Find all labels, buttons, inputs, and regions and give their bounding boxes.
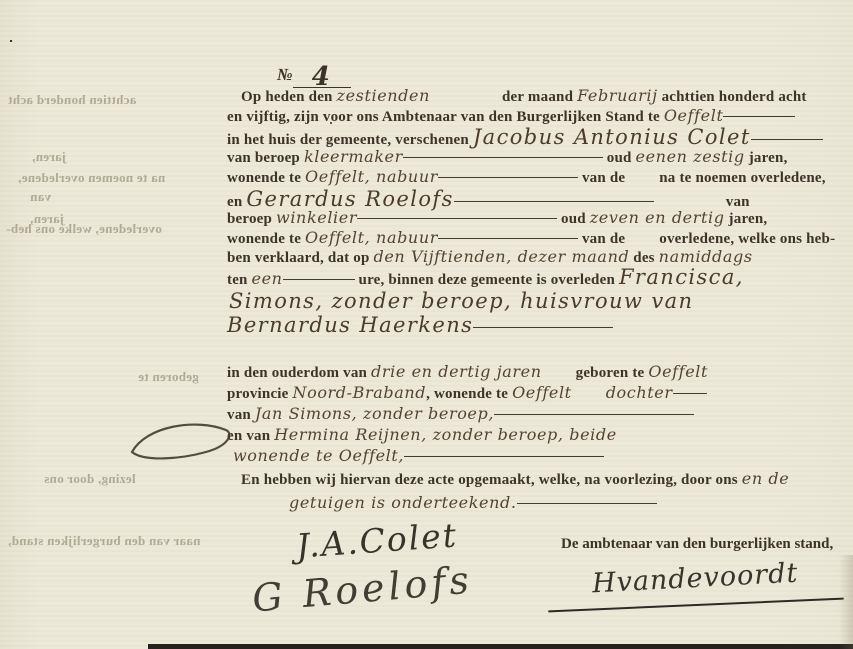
- signature-flourish-line: [548, 598, 844, 613]
- handwritten-text: Hermina Reijnen, zonder beroep, beide: [274, 425, 617, 444]
- ruled-blank: [673, 393, 707, 394]
- ruled-blank: [473, 327, 613, 328]
- handwritten-text: Jan Simons, zonder beroep,: [255, 404, 494, 423]
- printed-text: achttien honderd acht: [658, 89, 807, 105]
- handwritten-text: zeven en dertig: [590, 208, 725, 227]
- doc-line: provincie Noord-Braband, wonende te Oeff…: [227, 383, 707, 404]
- printed-text: ten: [227, 272, 252, 288]
- handwritten-text: dochter: [606, 383, 673, 402]
- handwritten-text: Jacobus Antonius Colet: [473, 125, 751, 149]
- handwritten-text: wonende te Oeffelt,: [233, 446, 404, 465]
- bleedthrough-text: van: [30, 189, 51, 205]
- doc-line: getuigen is onderteekend.: [227, 493, 657, 514]
- printed-text: oud: [557, 211, 590, 227]
- bleedthrough-text: naar van den burgerlijken stand,: [8, 533, 200, 549]
- printed-text: wonende te: [227, 170, 305, 186]
- scan-edge-bar: [148, 644, 853, 649]
- ruled-blank: [517, 503, 657, 504]
- printed-text: van beroep: [227, 150, 304, 166]
- handwritten-text: namiddags: [659, 247, 753, 266]
- ruled-blank: [357, 218, 557, 219]
- act-number-label: №: [277, 65, 293, 84]
- printed-text: der maand: [502, 89, 577, 105]
- ruled-blank: [438, 238, 578, 239]
- act-number: №4: [277, 57, 351, 88]
- handwritten-text: drie en dertig jaren: [371, 362, 542, 381]
- doc-line: en van Hermina Reijnen, zonder beroep, b…: [227, 425, 617, 446]
- doc-line: in den ouderdom van drie en dertig jaren…: [227, 362, 708, 383]
- handwritten-text: Februarij: [577, 86, 658, 105]
- ruled-blank: [494, 414, 694, 415]
- doc-line: van Jan Simons, zonder beroep,: [227, 404, 694, 425]
- printed-text: en vijftig, zijn voor ons Ambtenaar van …: [227, 109, 664, 125]
- handwritten-text: eenen zestig: [636, 147, 745, 166]
- doc-line: wonende te Oeffelt, nabuur van deoverled…: [227, 228, 835, 249]
- bleedthrough-text: geboren te: [138, 369, 199, 385]
- handwritten-text: Oeffelt, nabuur: [305, 167, 438, 186]
- doc-line: En hebben wij hiervan deze acte opgemaak…: [227, 469, 789, 490]
- doc-line: en vijftig, zijn voor ons Ambtenaar van …: [227, 106, 853, 127]
- handwritten-text: Oeffelt: [512, 383, 572, 402]
- printed-text: overledene, welke ons heb-: [659, 231, 835, 247]
- bleedthrough-text: na te noemen overledene,: [18, 170, 165, 186]
- handwritten-text: Oeffelt, nabuur: [305, 228, 438, 247]
- printed-text: provincie: [227, 386, 292, 402]
- printed-text: ben verklaard, dat op: [227, 250, 374, 266]
- ruled-blank: [454, 201, 654, 202]
- printed-text: na te noemen overledene,: [659, 170, 825, 186]
- act-number-blank: 4: [293, 57, 351, 88]
- ruled-blank: [751, 139, 823, 140]
- scanned-paper: achttien honderd achtjaren,na te noemen …: [0, 0, 853, 649]
- bleedthrough-text: achttien honderd acht: [8, 92, 136, 108]
- bleedthrough-text: overledene, welke ons heb-: [6, 221, 162, 237]
- doc-line: Op heden den zestiendender maand Februar…: [227, 86, 807, 107]
- doc-line: Bernardus Haerkens: [227, 313, 613, 338]
- signature-witness-roelofs: G Roelofs: [251, 557, 475, 620]
- printed-text: En hebben wij hiervan deze acte opgemaak…: [241, 472, 742, 488]
- printed-text: jaren,: [725, 211, 768, 227]
- ruled-blank: [438, 177, 578, 178]
- printed-text: wonende te: [227, 231, 305, 247]
- doc-line: beroep winkelier oud zeven en dertig jar…: [227, 208, 767, 229]
- printed-text: geboren te: [576, 365, 649, 381]
- printed-text: van de: [578, 170, 625, 186]
- handwritten-text: een: [252, 269, 283, 288]
- officer-title: De ambtenaar van den burgerlijken stand,: [561, 536, 833, 553]
- handwritten-text: Francisca,: [619, 265, 744, 289]
- bleedthrough-text: jaren,: [32, 149, 66, 165]
- bleedthrough-text: lezing, door ons: [44, 471, 136, 487]
- printed-text: in den ouderdom van: [227, 365, 371, 381]
- doc-line: ten een ure, binnen deze gemeente is ove…: [227, 265, 744, 290]
- ink-flourish: [126, 416, 238, 468]
- ruled-blank: [723, 116, 795, 117]
- printed-text: Op heden den: [241, 89, 337, 105]
- handwritten-text: getuigen is onderteekend.: [289, 493, 517, 512]
- printed-text: jaren,: [745, 150, 788, 166]
- handwritten-text: Bernardus Haerkens: [227, 313, 473, 337]
- printed-text: , wonende te: [426, 386, 512, 402]
- printed-text: in het huis der gemeente, verschenen: [227, 132, 473, 148]
- handwritten-text: en de: [742, 469, 790, 488]
- handwritten-text: zestienden: [337, 86, 430, 105]
- ruled-blank: [283, 279, 355, 280]
- handwritten-text: Oeffelt: [664, 106, 724, 125]
- ruled-blank: [404, 456, 604, 457]
- handwritten-text: Simons, zonder beroep, huisvrouw van: [229, 289, 693, 313]
- printed-text: ure, binnen deze gemeente is overleden: [355, 272, 619, 288]
- handwritten-text: winkelier: [276, 208, 357, 227]
- ruled-blank: [403, 157, 603, 158]
- handwritten-text: kleermaker: [304, 147, 403, 166]
- handwritten-text: Noord-Braband: [292, 383, 426, 402]
- printed-text: van de: [578, 231, 625, 247]
- doc-line: wonende te Oeffelt, nabuur van dena te n…: [227, 167, 826, 188]
- signature-witness-colet: J.A.Colet: [295, 515, 459, 565]
- printed-text: oud: [603, 150, 636, 166]
- doc-line: van beroep kleermaker oud eenen zestig j…: [227, 147, 788, 168]
- handwritten-text: Oeffelt: [648, 362, 708, 381]
- paper-fold-edge: [839, 555, 853, 649]
- doc-line: Simons, zonder beroep, huisvrouw van: [227, 289, 693, 314]
- signature-officer: Hvandevoordt: [591, 558, 799, 600]
- scan-specks: [10, 40, 12, 42]
- printed-text: des: [629, 250, 658, 266]
- handwritten-text: den Vijftienden, dezer maand: [374, 247, 630, 266]
- printed-text: beroep: [227, 211, 276, 227]
- doc-line: wonende te Oeffelt,: [227, 446, 604, 467]
